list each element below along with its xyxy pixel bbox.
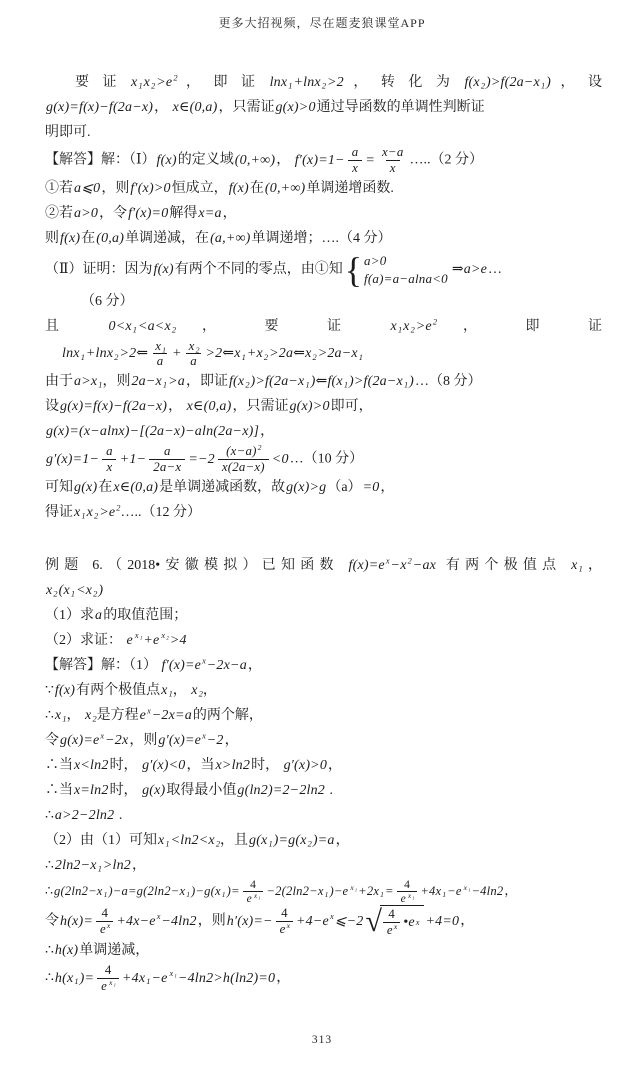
doc-line: ∴g(2ln2−x1)−a=g(2ln2−x1)−g(x1)=4ex1−2(2l…: [45, 878, 602, 906]
doc-line: lnx1+lnx2>2⇐x1a+x2a>2⇐x1+x2>2a⇐x2>2a−x1: [45, 339, 602, 370]
doc-line: ①若a⩽0，则f′(x)>0恒成立，f(x)在(0,+∞)单调递增函数.: [45, 176, 602, 201]
doc-line: g′(x)=1−ax+1−a2a−x=−2(x−a)2x(2a−x)<0…（10…: [45, 444, 602, 475]
doc-line: x2(x1<x2): [45, 578, 602, 603]
doc-line: g(x)=f(x)−f(2a−x)， x∈(0,a)，只需证g(x)>0通过导函…: [45, 95, 602, 120]
doc-line: g(x)=(x−alnx)−[(2a−x)−aln(2a−x)]，: [45, 419, 602, 444]
doc-line: ∴h(x)单调递减，: [45, 938, 602, 963]
doc-line: ∴当x<ln2时， g′(x)<0，当x>ln2时， g′(x)>0，: [45, 753, 602, 778]
doc-line: 【解答】解：（1） f′(x)=ex−2x−a，: [45, 653, 602, 678]
doc-line: 要 证 x1x2>e2 ， 即 证 lnx1+lnx2>2 ， 转 化 为 f(…: [45, 70, 602, 95]
doc-line: 明即可.: [45, 120, 602, 145]
page-header: 更多大招视频，尽在题麦狼课堂APP: [0, 14, 644, 31]
document-content: 要 证 x1x2>e2 ， 即 证 lnx1+lnx2>2 ， 转 化 为 f(…: [45, 70, 602, 994]
doc-line: 则f(x)在(0,a)单调递减，在(a,+∞)单调递增；….（4 分）: [45, 226, 602, 251]
doc-line: ∵f(x)有两个极值点x1， x2，: [45, 678, 602, 703]
doc-line: ∴当x=ln2时， g(x)取得最小值g(ln2)=2−2ln2 .: [45, 778, 602, 803]
doc-line: ∴a>2−2ln2 .: [45, 803, 602, 828]
doc-line: 例题 6.（2018•安徽模拟）已知函数 f(x)=ex−x2−ax 有两个极值…: [45, 553, 602, 578]
doc-line: （2）由（1）可知x1<ln2<x2，且g(x1)=g(x2)=a，: [45, 828, 602, 853]
doc-line: ∴2ln2−x1>ln2，: [45, 853, 602, 878]
doc-line: ∴h(x1)=4ex1+4x1−ex1−4ln2>h(ln2)=0，: [45, 963, 602, 994]
doc-line: 可知g(x)在x∈(0,a)是单调递减函数，故g(x)>g（a）=0，: [45, 475, 602, 500]
doc-line: ②若a>0，令f′(x)=0解得x=a，: [45, 201, 602, 226]
doc-line: 得证x1x2>e2…..（12 分）: [45, 500, 602, 525]
doc-line: 由于a>x1，则2a−x1>a，即证f(x2)>f(2a−x1)⇐f(x1)>f…: [45, 369, 602, 394]
doc-line: 令h(x)=4ex+4x−ex−4ln2，则h′(x)=−4ex+4−ex⩽−2…: [45, 905, 602, 938]
doc-line: （2）求证： ex1+ex2>4: [45, 628, 602, 653]
doc-line: 设g(x)=f(x)−f(2a−x)， x∈(0,a)，只需证g(x)>0即可，: [45, 394, 602, 419]
doc-line: 【解答】解：（Ⅰ）f(x)的定义域(0,+∞)， f′(x)=1−ax=x−ax…: [45, 145, 602, 176]
page-number: 313: [0, 1034, 644, 1046]
doc-line: （Ⅱ）证明：因为f(x)有两个不同的零点，由①知{a>0f(a)=a−alna<…: [45, 251, 602, 289]
doc-line: ∴x1， x2是方程ex−2x=a的两个解，: [45, 703, 602, 728]
doc-line: 且 0<x1<a<x2 ， 要 证 x1x2>e2 ， 即 证: [45, 314, 602, 339]
doc-line: （1）求a的取值范围；: [45, 603, 602, 628]
doc-line: 令g(x)=ex−2x，则g′(x)=ex−2，: [45, 728, 602, 753]
doc-line: （6 分）: [45, 289, 602, 314]
